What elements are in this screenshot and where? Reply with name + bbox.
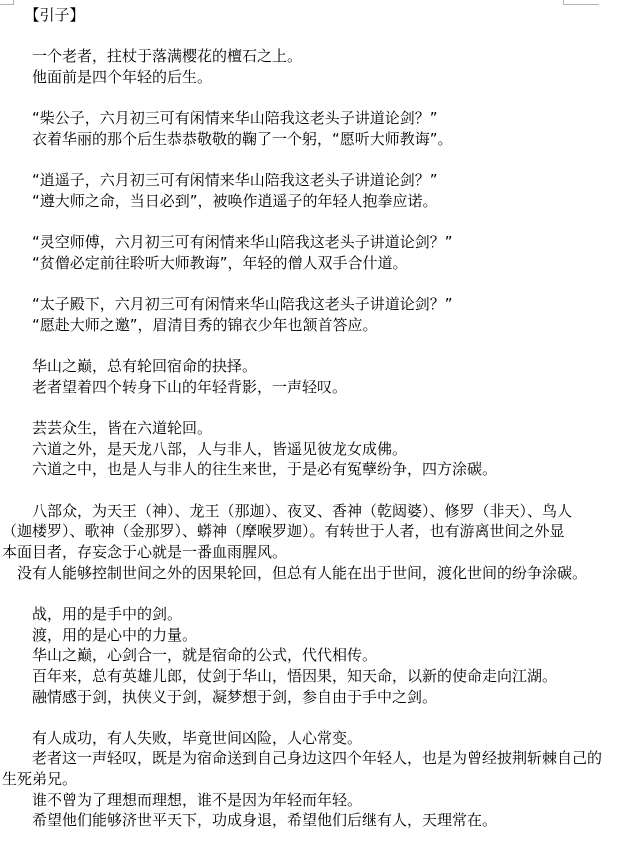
- text-line: 华山之巅，总有轮回宿命的抉择。: [2, 356, 620, 377]
- text-line: “太子殿下，六月初三可有闲情来华山陪我这老头子讲道论剑？”: [2, 294, 620, 315]
- text-line: 华山之巅，心剑合一，就是宿命的公式，代代相传。: [2, 645, 620, 666]
- text-line: [2, 26, 620, 47]
- text-line: （迦楼罗）、歌神（金那罗）、蟒神（摩喉罗迦）。有转世于人者，也有游离世间之外显: [2, 521, 620, 542]
- text-line: [2, 707, 620, 728]
- text-line: 融情感于剑，执侠义于剑，凝梦想于剑，参自由于手中之剑。: [2, 687, 620, 708]
- text-line: 没有人能够控制世间之外的因果轮回，但总有人能在出于世间，渡化世间的纷争涂碳。: [2, 563, 620, 584]
- text-line: [2, 212, 620, 233]
- text-line: 谁不曾为了理想而理想，谁不是因为年轻而年轻。: [2, 790, 620, 811]
- text-line: 他面前是四个年轻的后生。: [2, 67, 620, 88]
- text-line: [2, 397, 620, 418]
- text-line: 战，用的是手中的剑。: [2, 604, 620, 625]
- text-line: 老者这一声轻叹，既是为宿命送到自己身边这四个年轻人，也是为曾经披荆斩棘自己的: [2, 748, 620, 769]
- text-line: [2, 335, 620, 356]
- document-text: 【引子】 一个老者，拄杖于落满樱花的檀石之上。 他面前是四个年轻的后生。 “柴公…: [2, 5, 620, 831]
- text-line: [2, 583, 620, 604]
- text-line: 芸芸众生，皆在六道轮回。: [2, 418, 620, 439]
- text-line: 生死弟兄。: [2, 769, 620, 790]
- text-line: “柴公子，六月初三可有闲情来华山陪我这老头子讲道论剑？”: [2, 108, 620, 129]
- text-line: “灵空师傅，六月初三可有闲情来华山陪我这老头子讲道论剑？”: [2, 232, 620, 253]
- document-page: 【引子】 一个老者，拄杖于落满樱花的檀石之上。 他面前是四个年轻的后生。 “柴公…: [0, 0, 623, 843]
- text-line: 衣着华丽的那个后生恭恭敬敬的鞠了一个躬，“愿听大师教诲”。: [2, 129, 620, 150]
- heading-line: 【引子】: [2, 5, 620, 26]
- text-line: “愿赴大师之邀”，眉清目秀的锦衣少年也颔首答应。: [2, 315, 620, 336]
- text-line: 六道之中，也是人与非人的往生来世，于是必有冤孽纷争，四方涂碳。: [2, 459, 620, 480]
- text-line: 六道之外，是天龙八部，人与非人，皆遥见彼龙女成佛。: [2, 439, 620, 460]
- text-line: [2, 273, 620, 294]
- text-line: 八部众，为天王（神）、龙王（那迦）、夜叉、香神（乾闼婆）、修罗（非天）、鸟人: [2, 501, 620, 522]
- text-line: 一个老者，拄杖于落满樱花的檀石之上。: [2, 46, 620, 67]
- text-line: [2, 88, 620, 109]
- text-line: “贫僧必定前往聆听大师教诲”，年轻的僧人双手合什道。: [2, 253, 620, 274]
- text-line: [2, 480, 620, 501]
- text-line: [2, 150, 620, 171]
- text-line: 本面目者，存妄念于心就是一番血雨腥风。: [2, 542, 620, 563]
- text-line: 渡，用的是心中的力量。: [2, 625, 620, 646]
- text-line: 百年来，总有英雄儿郎，仗剑于华山，悟因果，知天命，以新的使命走向江湖。: [2, 666, 620, 687]
- text-line: 老者望着四个转身下山的年轻背影，一声轻叹。: [2, 377, 620, 398]
- text-line: “遵大师之命，当日必到”，被唤作逍遥子的年轻人抱拳应诺。: [2, 191, 620, 212]
- text-line: 有人成功，有人失败，毕竟世间凶险，人心常变。: [2, 728, 620, 749]
- text-line: “逍遥子，六月初三可有闲情来华山陪我这老头子讲道论剑？”: [2, 170, 620, 191]
- text-line: 希望他们能够济世平天下，功成身退，希望他们后继有人，天理常在。: [2, 810, 620, 831]
